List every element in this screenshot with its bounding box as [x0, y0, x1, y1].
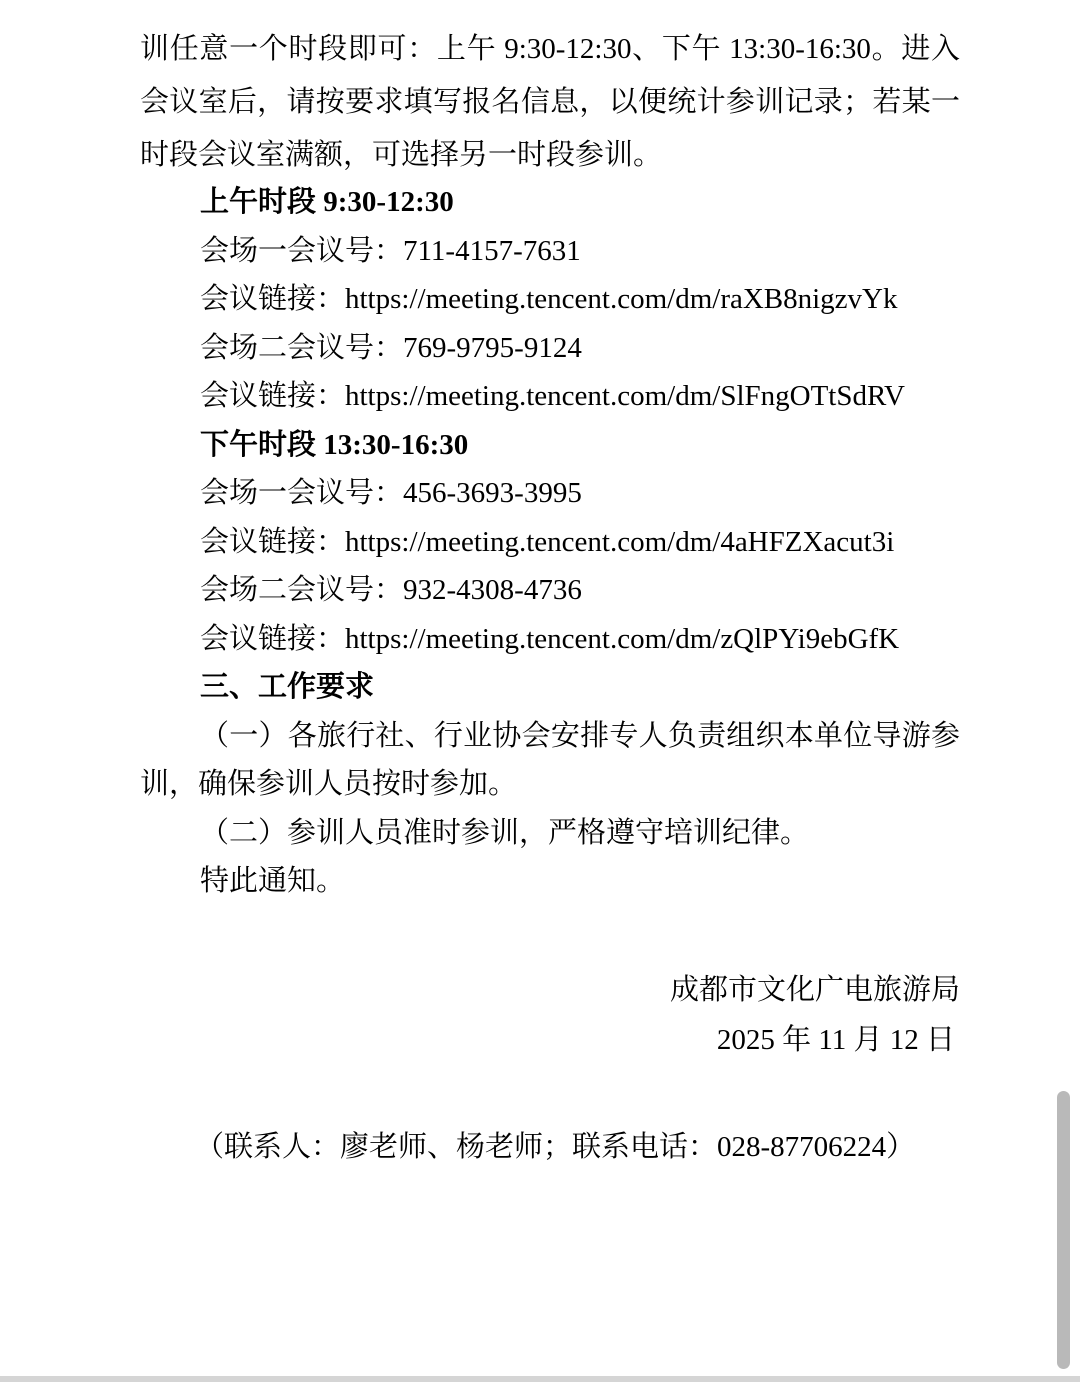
afternoon-room2-meeting-link: 会议链接：https://meeting.tencent.com/dm/zQlP… — [140, 615, 960, 664]
afternoon-room2-meeting-number: 会场二会议号：932-4308-4736 — [140, 566, 960, 615]
document-page: 训任意一个时段即可：上午 9:30-12:30、下午 13:30-16:30。进… — [0, 0, 1080, 1382]
afternoon-room1-meeting-number: 会场一会议号：456-3693-3995 — [140, 469, 960, 518]
signature-block: 成都市文化广电旅游局 2025 年 11 月 12 日 — [140, 965, 960, 1065]
issuing-authority: 成都市文化广电旅游局 — [140, 965, 960, 1015]
contact-info-block: （联系人：廖老师、杨老师；联系电话：028-87706224） — [140, 1123, 960, 1171]
requirement-1-line-2: 训，确保参训人员按时参加。 — [140, 760, 960, 809]
intro-paragraph: 训任意一个时段即可：上午 9:30-12:30、下午 13:30-16:30。进… — [140, 23, 960, 182]
work-requirements-heading: 三、工作要求 — [140, 663, 960, 712]
morning-room1-meeting-number: 会场一会议号：711-4157-7631 — [140, 227, 960, 276]
afternoon-session-heading: 下午时段 13:30-16:30 — [140, 421, 960, 470]
requirement-2: （二）参训人员准时参训，严格遵守培训纪律。 — [140, 809, 960, 858]
morning-room2-meeting-number: 会场二会议号：769-9795-9124 — [140, 324, 960, 373]
intro-line-1: 训任意一个时段即可：上午 9:30-12:30、下午 13:30-16:30。进… — [140, 23, 960, 76]
contact-info: （联系人：廖老师、杨老师；联系电话：028-87706224） — [140, 1123, 960, 1171]
morning-session-heading: 上午时段 9:30-12:30 — [140, 178, 960, 227]
intro-line-2: 会议室后，请按要求填写报名信息，以便统计参训记录；若某一 — [140, 76, 960, 129]
closing-statement: 特此通知。 — [140, 857, 960, 906]
issue-date: 2025 年 11 月 12 日 — [140, 1015, 960, 1065]
morning-room2-meeting-link: 会议链接：https://meeting.tencent.com/dm/SlFn… — [140, 372, 960, 421]
requirement-1-line-1: （一）各旅行社、行业协会安排专人负责组织本单位导游参 — [140, 712, 960, 761]
bottom-window-edge — [0, 1376, 1080, 1382]
afternoon-room1-meeting-link: 会议链接：https://meeting.tencent.com/dm/4aHF… — [140, 518, 960, 567]
sessions-and-requirements: 上午时段 9:30-12:30 会场一会议号：711-4157-7631 会议链… — [140, 178, 960, 906]
morning-room1-meeting-link: 会议链接：https://meeting.tencent.com/dm/raXB… — [140, 275, 960, 324]
vertical-scrollbar-thumb[interactable] — [1057, 1091, 1070, 1369]
intro-line-3: 时段会议室满额，可选择另一时段参训。 — [140, 129, 960, 182]
